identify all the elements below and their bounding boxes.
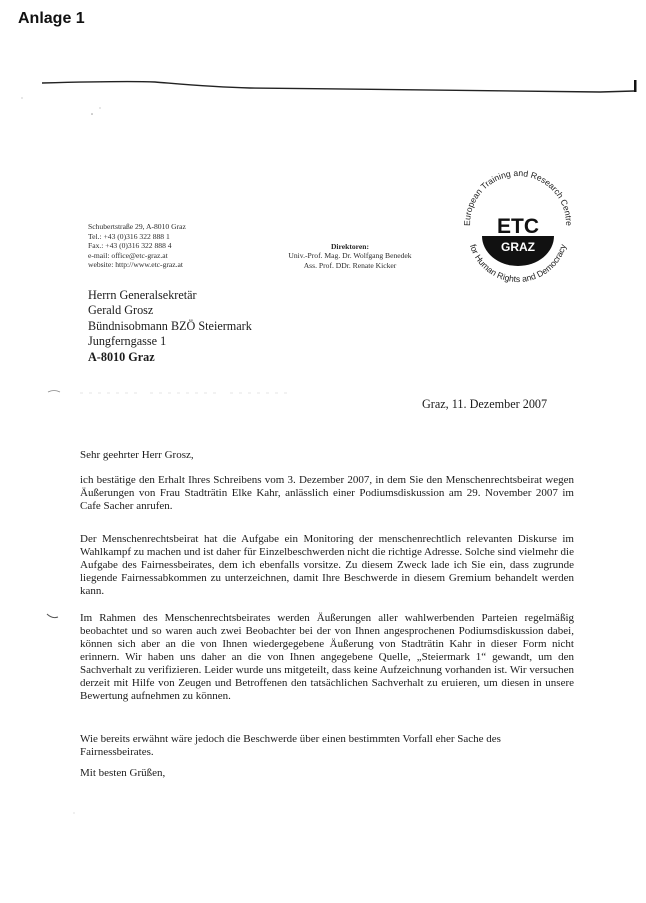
directors-heading: Direktoren: bbox=[250, 242, 450, 251]
sender-email: e-mail: office@etc-graz.at bbox=[88, 251, 186, 261]
logo-name: ETC bbox=[497, 215, 539, 238]
etc-graz-logo: European Training and Research Centre ET… bbox=[448, 156, 588, 286]
body-paragraph: ich bestätige den Erhalt Ihres Schreiben… bbox=[80, 474, 574, 513]
sender-address: Schubertstraße 29, A-8010 Graz bbox=[88, 222, 186, 232]
attachment-label: Anlage 1 bbox=[18, 10, 85, 28]
margin-mark bbox=[46, 612, 60, 622]
recipient-line: Gerald Grosz bbox=[88, 303, 252, 318]
sender-fax: Fax.: +43 (0)316 322 888 4 bbox=[88, 241, 186, 251]
recipient-city: A-8010 Graz bbox=[88, 350, 252, 365]
body-paragraph: Der Menschenrechtsbeirat hat die Aufgabe… bbox=[80, 533, 574, 598]
directors-block: Direktoren: Univ.-Prof. Mag. Dr. Wolfgan… bbox=[250, 242, 450, 270]
logo-city: GRAZ bbox=[501, 240, 535, 254]
letter-date: Graz, 11. Dezember 2007 bbox=[422, 397, 547, 412]
recipient-line: Herrn Generalsekretär bbox=[88, 288, 252, 303]
recipient-line: Jungferngasse 1 bbox=[88, 334, 252, 349]
sender-website: website: http://www.etc-graz.at bbox=[88, 260, 186, 270]
director-name: Ass. Prof. DDr. Renate Kicker bbox=[250, 261, 450, 270]
recipient-address: Herrn Generalsekretär Gerald Grosz Bündn… bbox=[88, 288, 252, 365]
sender-block: Schubertstraße 29, A-8010 Graz Tel.: +43… bbox=[88, 222, 186, 270]
letterhead-rule bbox=[40, 74, 640, 94]
director-name: Univ.-Prof. Mag. Dr. Wolfgang Benedek bbox=[250, 251, 450, 260]
salutation: Sehr geehrter Herr Grosz, bbox=[80, 449, 194, 461]
sender-tel: Tel.: +43 (0)316 322 888 1 bbox=[88, 232, 186, 242]
body-paragraph: Wie bereits erwähnt wäre jedoch die Besc… bbox=[80, 733, 560, 759]
closing: Mit besten Grüßen, bbox=[80, 767, 165, 779]
body-paragraph: Im Rahmen des Menschenrechtsbeirates wer… bbox=[80, 612, 574, 703]
recipient-line: Bündnisobmann BZÖ Steiermark bbox=[88, 319, 252, 334]
